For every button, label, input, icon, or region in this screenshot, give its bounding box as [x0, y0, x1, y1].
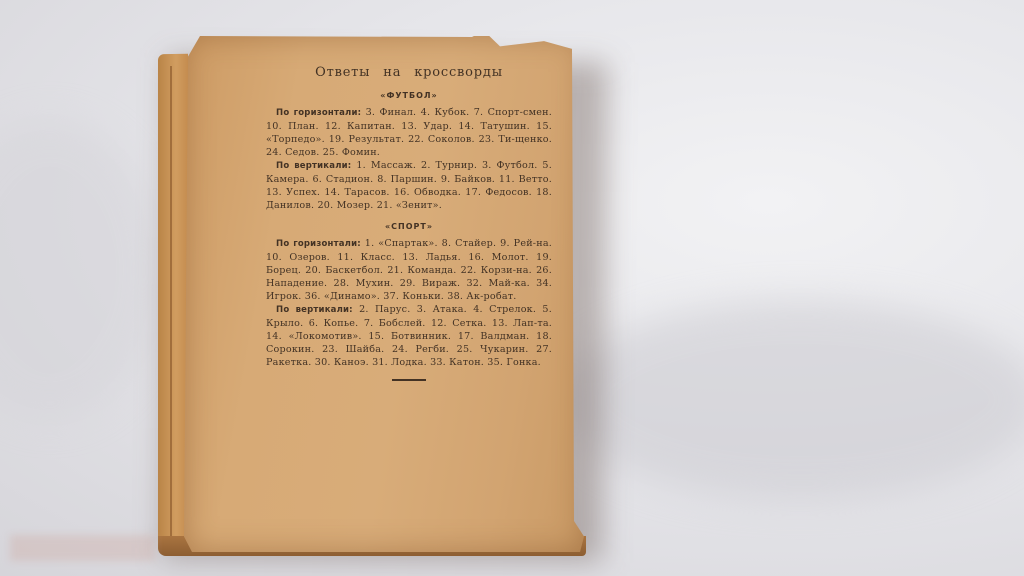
cloth-fold-shadow-left — [0, 120, 160, 420]
booklet-page-edges — [158, 54, 188, 555]
across-answers: По горизонтали: 3. Финал. 4. Кубок. 7. С… — [266, 106, 552, 159]
cloth-fold-shadow — [560, 300, 1024, 500]
section-sport: «СПОРТ» По горизонтали: 1. «Спартак». 8.… — [266, 220, 552, 369]
section-heading: «СПОРТ» — [266, 220, 552, 233]
booklet-spine — [170, 66, 172, 546]
down-label: По вертикали: — [276, 305, 353, 315]
section-football: «ФУТБОЛ» По горизонтали: 3. Финал. 4. Ку… — [266, 89, 552, 212]
down-answers: По вертикали: 1. Массаж. 2. Турнир. 3. Ф… — [266, 159, 552, 212]
blurred-watermark — [10, 535, 155, 561]
section-heading: «ФУТБОЛ» — [266, 89, 552, 102]
down-label: По вертикали: — [276, 161, 351, 171]
across-label: По горизонтали: — [276, 108, 361, 118]
answers-text-block: Ответы на кроссворды «ФУТБОЛ» По горизон… — [266, 66, 552, 381]
across-label: По горизонтали: — [276, 239, 361, 249]
across-answers: По горизонтали: 1. «Спартак». 8. Стайер.… — [266, 237, 552, 303]
end-divider — [392, 379, 426, 381]
down-answers: По вертикали: 2. Парус. 3. Атака. 4. Стр… — [266, 303, 552, 369]
page-title: Ответы на кроссворды — [266, 66, 552, 79]
